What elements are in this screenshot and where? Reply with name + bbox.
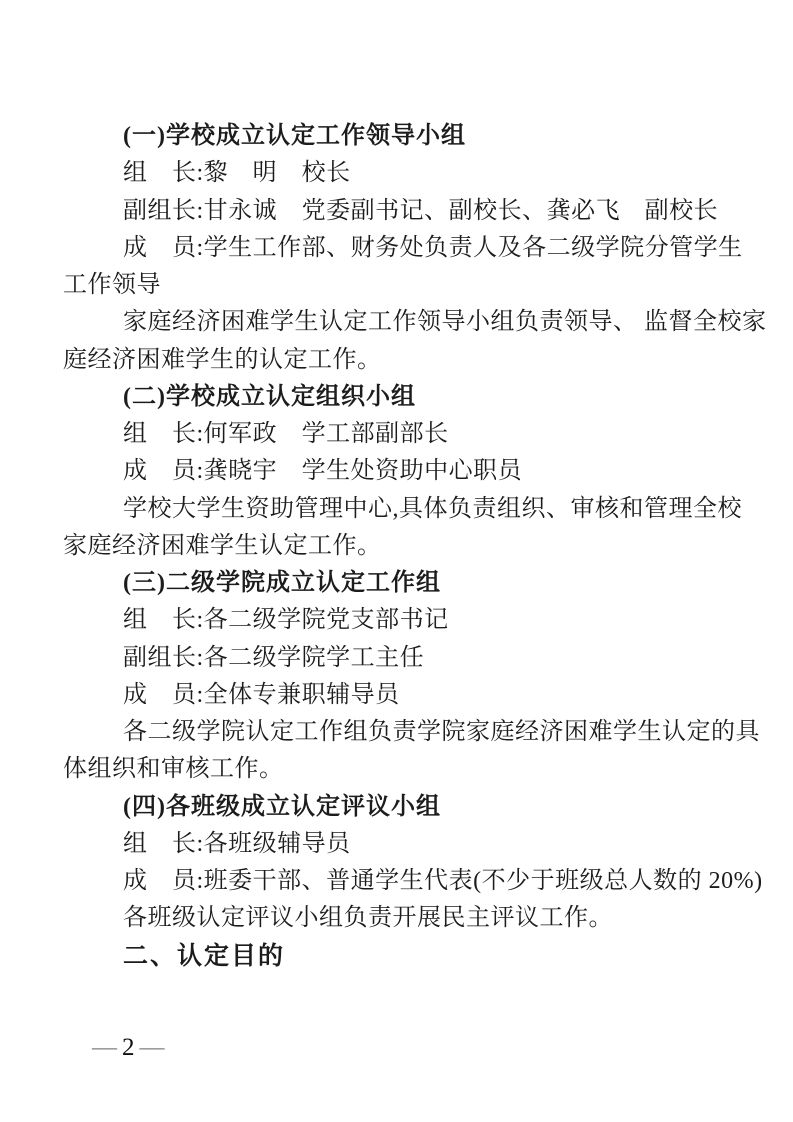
members-line: 成 员:龚晓宇 学生处资助中心职员 bbox=[63, 453, 718, 490]
subsection-heading-3: (三)二级学院成立认定工作组 bbox=[63, 565, 718, 602]
paragraph-line: 学校大学生资助管理中心,具体负责组织、审核和管理全校 bbox=[63, 491, 718, 528]
page-number-dash-right: — bbox=[140, 1034, 166, 1061]
paragraph-line-continuation: 家庭经济困难学生认定工作。 bbox=[63, 528, 718, 565]
paragraph-line: 各班级认定评议小组负责开展民主评议工作。 bbox=[63, 900, 718, 937]
subsection-heading-2: (二)学校成立认定组织小组 bbox=[63, 379, 718, 416]
members-line-continuation: 工作领导 bbox=[63, 267, 718, 304]
leader-line: 组 长:各二级学院党支部书记 bbox=[63, 602, 718, 639]
paragraph-line: 家庭经济困难学生认定工作领导小组负责领导、 监督全校家 bbox=[63, 304, 718, 341]
leader-line: 组 长:何军政 学工部副部长 bbox=[63, 416, 718, 453]
section-heading: 二、认定目的 bbox=[63, 938, 718, 975]
paragraph-line: 各二级学院认定工作组负责学院家庭经济困难学生认定的具 bbox=[63, 714, 718, 751]
members-line: 成 员:班委干部、普通学生代表(不少于班级总人数的 20%) bbox=[63, 863, 718, 900]
subsection-heading-1: (一)学校成立认定工作领导小组 bbox=[63, 118, 718, 155]
deputy-leader-line: 副组长:甘永诚 党委副书记、副校长、龚必飞 副校长 bbox=[63, 193, 718, 230]
page-number-dash-left: — bbox=[92, 1034, 118, 1061]
page-number: —2— bbox=[92, 1034, 166, 1062]
leader-line: 组 长:黎 明 校长 bbox=[63, 155, 718, 192]
document-body: (一)学校成立认定工作领导小组 组 长:黎 明 校长 副组长:甘永诚 党委副书记… bbox=[63, 118, 718, 975]
deputy-leader-line: 副组长:各二级学院学工主任 bbox=[63, 640, 718, 677]
subsection-heading-4: (四)各班级成立认定评议小组 bbox=[63, 789, 718, 826]
members-line: 成 员:学生工作部、财务处负责人及各二级学院分管学生 bbox=[63, 230, 718, 267]
members-line: 成 员:全体专兼职辅导员 bbox=[63, 677, 718, 714]
page-number-value: 2 bbox=[118, 1034, 140, 1061]
paragraph-line-continuation: 庭经济困难学生的认定工作。 bbox=[63, 342, 718, 379]
document-page: (一)学校成立认定工作领导小组 组 长:黎 明 校长 副组长:甘永诚 党委副书记… bbox=[0, 0, 793, 1122]
leader-line: 组 长:各班级辅导员 bbox=[63, 826, 718, 863]
paragraph-line-continuation: 体组织和审核工作。 bbox=[63, 751, 718, 788]
